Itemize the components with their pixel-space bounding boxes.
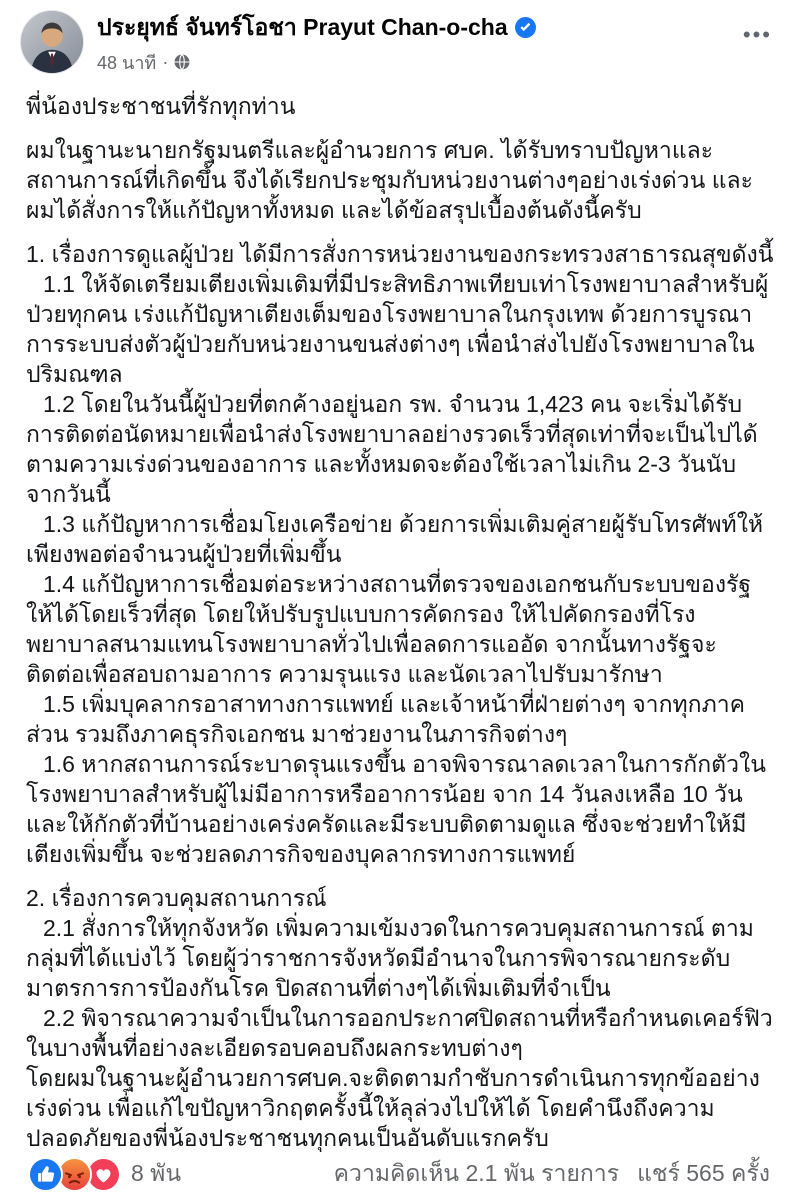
comments-count[interactable]: ความคิดเห็น 2.1 พัน รายการ	[334, 1156, 619, 1192]
post-paragraph: 1.4 แก้ปัญหาการเชื่อมต่อระหว่างสถานที่ตร…	[26, 569, 774, 689]
post-paragraph: 1.3 แก้ปัญหาการเชื่อมโยงเครือข่าย ด้วยกา…	[26, 509, 774, 569]
post-paragraph: 2. เรื่องการควบคุมสถานการณ์	[26, 883, 774, 913]
post-paragraph: 2.1 สั่งการให้ทุกจังหวัด เพิ่มความเข้มงว…	[26, 913, 774, 1003]
reaction-count[interactable]: 8 พัน	[131, 1156, 181, 1192]
post-text: พี่น้องประชาชนที่รักทุกท่าน ผมในฐานะนายก…	[0, 77, 800, 1153]
post-header: ประยุทธ์ จันทร์โอชา Prayut Chan-o-cha 48…	[0, 0, 800, 77]
post-paragraph: 1.1 ให้จัดเตรียมเตียงเพิ่มเติมที่มีประสิ…	[26, 269, 774, 389]
profile-name[interactable]: ประยุทธ์ จันทร์โอชา Prayut Chan-o-cha	[97, 14, 508, 42]
timestamp[interactable]: 48 นาที	[97, 48, 156, 77]
shares-count[interactable]: แชร์ 565 ครั้ง	[637, 1156, 770, 1192]
post-paragraph: 1.6 หากสถานการณ์ระบาดรุนแรงขึ้น อาจพิจาร…	[26, 749, 774, 869]
post-paragraph: พี่น้องประชาชนที่รักทุกท่าน	[26, 91, 774, 121]
post-paragraph: 1. เรื่องการดูแลผู้ป่วย ได้มีการสั่งการห…	[26, 239, 774, 269]
avatar[interactable]	[20, 10, 84, 74]
engagement-bar: 8 พัน ความคิดเห็น 2.1 พัน รายการ แชร์ 56…	[0, 1156, 800, 1192]
globe-icon	[174, 54, 190, 70]
facebook-post-card: ประยุทธ์ จันทร์โอชา Prayut Chan-o-cha 48…	[0, 0, 800, 1200]
post-paragraph: 1.2 โดยในวันนี้ผู้ป่วยที่ตกค้างอยู่นอก ร…	[26, 389, 774, 509]
post-meta: 48 นาที ·	[97, 48, 536, 77]
post-paragraph: 2.2 พิจารณาความจำเป็นในการออกประกาศปิดสถ…	[26, 1003, 774, 1063]
more-options-button[interactable]: •••	[743, 24, 772, 46]
verified-badge-icon	[515, 17, 536, 38]
avatar-photo	[21, 11, 83, 73]
post-paragraph: โดยผมในฐานะผู้อำนวยการศบค.จะติดตามกำชับก…	[26, 1063, 774, 1153]
post-paragraph: 1.5 เพิ่มบุคลากรอาสาทางการแพทย์ และเจ้าห…	[26, 689, 774, 749]
post-paragraph: ผมในฐานะนายกรัฐมนตรีและผู้อำนวยการ ศบค. …	[26, 135, 774, 225]
reactions-summary[interactable]: 8 พัน	[28, 1156, 181, 1192]
header-info: ประยุทธ์ จันทร์โอชา Prayut Chan-o-cha 48…	[97, 10, 536, 77]
like-icon[interactable]	[28, 1157, 63, 1192]
meta-separator: ·	[162, 52, 168, 73]
